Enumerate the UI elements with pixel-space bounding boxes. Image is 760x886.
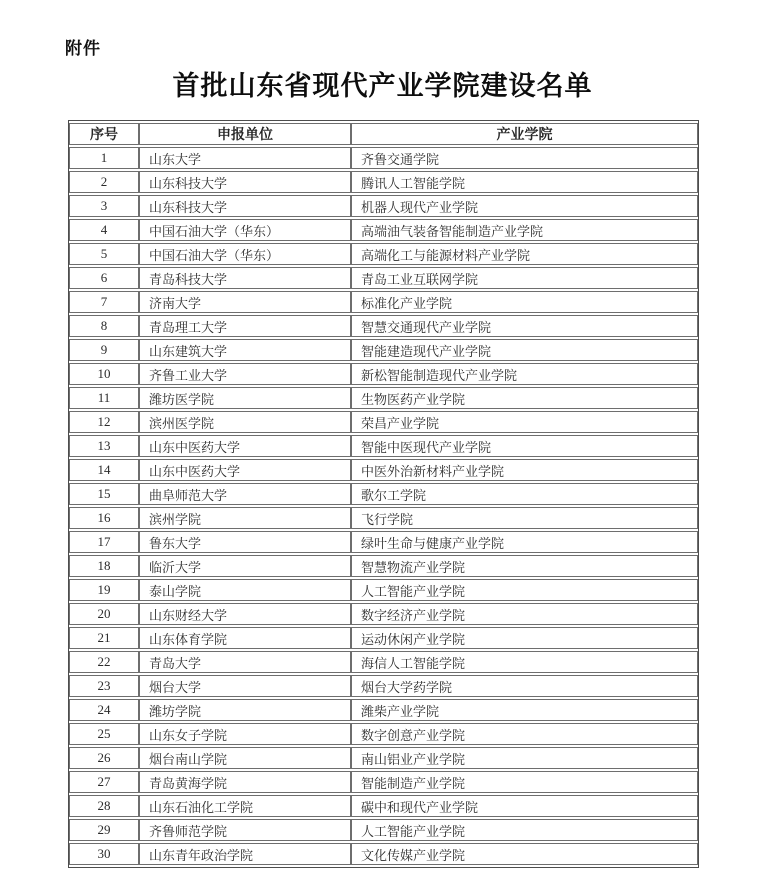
table-row: 14山东中医药大学中医外治新材料产业学院	[69, 459, 698, 481]
table-row: 30山东青年政治学院文化传媒产业学院	[69, 843, 698, 865]
applicant-unit: 山东体育学院	[139, 627, 351, 649]
row-index: 13	[69, 435, 139, 457]
applicant-unit: 中国石油大学（华东）	[139, 219, 351, 241]
row-index: 5	[69, 243, 139, 265]
industry-college: 歌尔工学院	[351, 483, 698, 505]
industry-college: 数字创意产业学院	[351, 723, 698, 745]
column-header-index: 序号	[69, 123, 139, 145]
applicant-unit: 齐鲁师范学院	[139, 819, 351, 841]
row-index: 17	[69, 531, 139, 553]
applicant-unit: 山东科技大学	[139, 171, 351, 193]
table-header-row: 序号 申报单位 产业学院	[69, 123, 698, 145]
applicant-unit: 鲁东大学	[139, 531, 351, 553]
industry-college: 齐鲁交通学院	[351, 147, 698, 169]
industry-college: 碳中和现代产业学院	[351, 795, 698, 817]
industry-college: 运动休闲产业学院	[351, 627, 698, 649]
industry-college: 腾讯人工智能学院	[351, 171, 698, 193]
table-row: 13山东中医药大学智能中医现代产业学院	[69, 435, 698, 457]
row-index: 14	[69, 459, 139, 481]
applicant-unit: 烟台南山学院	[139, 747, 351, 769]
table-row: 24潍坊学院潍柴产业学院	[69, 699, 698, 721]
row-index: 4	[69, 219, 139, 241]
industry-college: 人工智能产业学院	[351, 579, 698, 601]
industry-college: 智慧交通现代产业学院	[351, 315, 698, 337]
industry-college: 绿叶生命与健康产业学院	[351, 531, 698, 553]
applicant-unit: 潍坊医学院	[139, 387, 351, 409]
applicant-unit: 曲阜师范大学	[139, 483, 351, 505]
industry-college: 生物医药产业学院	[351, 387, 698, 409]
table-row: 25山东女子学院数字创意产业学院	[69, 723, 698, 745]
industry-college: 飞行学院	[351, 507, 698, 529]
applicant-unit: 山东青年政治学院	[139, 843, 351, 865]
row-index: 6	[69, 267, 139, 289]
row-index: 23	[69, 675, 139, 697]
applicant-unit: 临沂大学	[139, 555, 351, 577]
industry-college: 数字经济产业学院	[351, 603, 698, 625]
row-index: 10	[69, 363, 139, 385]
table-row: 21山东体育学院运动休闲产业学院	[69, 627, 698, 649]
table-row: 20山东财经大学数字经济产业学院	[69, 603, 698, 625]
applicant-unit: 山东女子学院	[139, 723, 351, 745]
applicant-unit: 山东中医药大学	[139, 459, 351, 481]
table-row: 2山东科技大学腾讯人工智能学院	[69, 171, 698, 193]
row-index: 26	[69, 747, 139, 769]
applicant-unit: 烟台大学	[139, 675, 351, 697]
attachment-label: 附件	[65, 34, 101, 59]
applicant-unit: 济南大学	[139, 291, 351, 313]
industry-college: 机器人现代产业学院	[351, 195, 698, 217]
applicant-unit: 山东中医药大学	[139, 435, 351, 457]
applicant-unit: 山东科技大学	[139, 195, 351, 217]
industry-college: 文化传媒产业学院	[351, 843, 698, 865]
row-index: 8	[69, 315, 139, 337]
applicant-unit: 青岛黄海学院	[139, 771, 351, 793]
row-index: 11	[69, 387, 139, 409]
table-row: 12滨州医学院荣昌产业学院	[69, 411, 698, 433]
table-row: 1山东大学齐鲁交通学院	[69, 147, 698, 169]
table-row: 7济南大学标准化产业学院	[69, 291, 698, 313]
column-header-applicant-unit: 申报单位	[139, 123, 351, 145]
row-index: 7	[69, 291, 139, 313]
industry-college: 智慧物流产业学院	[351, 555, 698, 577]
applicant-unit: 潍坊学院	[139, 699, 351, 721]
applicant-unit: 青岛大学	[139, 651, 351, 673]
industry-college: 智能建造现代产业学院	[351, 339, 698, 361]
industry-college: 烟台大学药学院	[351, 675, 698, 697]
row-index: 22	[69, 651, 139, 673]
applicant-unit: 滨州学院	[139, 507, 351, 529]
table-row: 8青岛理工大学智慧交通现代产业学院	[69, 315, 698, 337]
table-row: 17鲁东大学绿叶生命与健康产业学院	[69, 531, 698, 553]
row-index: 3	[69, 195, 139, 217]
table-row: 15曲阜师范大学歌尔工学院	[69, 483, 698, 505]
applicant-unit: 齐鲁工业大学	[139, 363, 351, 385]
applicant-unit: 山东建筑大学	[139, 339, 351, 361]
table-row: 11潍坊医学院生物医药产业学院	[69, 387, 698, 409]
industry-college: 青岛工业互联网学院	[351, 267, 698, 289]
row-index: 15	[69, 483, 139, 505]
industry-college: 新松智能制造现代产业学院	[351, 363, 698, 385]
row-index: 28	[69, 795, 139, 817]
row-index: 12	[69, 411, 139, 433]
applicant-unit: 青岛科技大学	[139, 267, 351, 289]
row-index: 30	[69, 843, 139, 865]
table-body: 1山东大学齐鲁交通学院2山东科技大学腾讯人工智能学院3山东科技大学机器人现代产业…	[69, 147, 698, 865]
table-row: 26烟台南山学院南山铝业产业学院	[69, 747, 698, 769]
industry-college: 标准化产业学院	[351, 291, 698, 313]
row-index: 18	[69, 555, 139, 577]
industry-college: 智能制造产业学院	[351, 771, 698, 793]
row-index: 2	[69, 171, 139, 193]
colleges-table: 序号 申报单位 产业学院 1山东大学齐鲁交通学院2山东科技大学腾讯人工智能学院3…	[68, 120, 699, 868]
row-index: 20	[69, 603, 139, 625]
table-row: 27青岛黄海学院智能制造产业学院	[69, 771, 698, 793]
applicant-unit: 滨州医学院	[139, 411, 351, 433]
table-row: 5中国石油大学（华东）高端化工与能源材料产业学院	[69, 243, 698, 265]
table-row: 29齐鲁师范学院人工智能产业学院	[69, 819, 698, 841]
applicant-unit: 青岛理工大学	[139, 315, 351, 337]
document-page: 附件 首批山东省现代产业学院建设名单 序号 申报单位 产业学院 1山东大学齐鲁交…	[0, 0, 760, 886]
row-index: 19	[69, 579, 139, 601]
table-row: 16滨州学院飞行学院	[69, 507, 698, 529]
industry-college: 荣昌产业学院	[351, 411, 698, 433]
applicant-unit: 泰山学院	[139, 579, 351, 601]
industry-college: 中医外治新材料产业学院	[351, 459, 698, 481]
industry-college: 高端油气装备智能制造产业学院	[351, 219, 698, 241]
table-row: 28山东石油化工学院碳中和现代产业学院	[69, 795, 698, 817]
table-row: 10齐鲁工业大学新松智能制造现代产业学院	[69, 363, 698, 385]
applicant-unit: 山东石油化工学院	[139, 795, 351, 817]
applicant-unit: 中国石油大学（华东）	[139, 243, 351, 265]
table-row: 18临沂大学智慧物流产业学院	[69, 555, 698, 577]
industry-college: 潍柴产业学院	[351, 699, 698, 721]
table-row: 6青岛科技大学青岛工业互联网学院	[69, 267, 698, 289]
column-header-industry-college: 产业学院	[351, 123, 698, 145]
table-row: 9山东建筑大学智能建造现代产业学院	[69, 339, 698, 361]
industry-college: 智能中医现代产业学院	[351, 435, 698, 457]
industry-college: 人工智能产业学院	[351, 819, 698, 841]
row-index: 29	[69, 819, 139, 841]
table-row: 22青岛大学海信人工智能学院	[69, 651, 698, 673]
row-index: 1	[69, 147, 139, 169]
industry-college: 海信人工智能学院	[351, 651, 698, 673]
row-index: 24	[69, 699, 139, 721]
applicant-unit: 山东财经大学	[139, 603, 351, 625]
table-row: 4中国石油大学（华东）高端油气装备智能制造产业学院	[69, 219, 698, 241]
table-row: 3山东科技大学机器人现代产业学院	[69, 195, 698, 217]
row-index: 9	[69, 339, 139, 361]
page-title: 首批山东省现代产业学院建设名单	[68, 64, 697, 103]
table-row: 23烟台大学烟台大学药学院	[69, 675, 698, 697]
industry-college: 高端化工与能源材料产业学院	[351, 243, 698, 265]
industry-college: 南山铝业产业学院	[351, 747, 698, 769]
row-index: 27	[69, 771, 139, 793]
table-row: 19泰山学院人工智能产业学院	[69, 579, 698, 601]
row-index: 25	[69, 723, 139, 745]
applicant-unit: 山东大学	[139, 147, 351, 169]
row-index: 21	[69, 627, 139, 649]
row-index: 16	[69, 507, 139, 529]
